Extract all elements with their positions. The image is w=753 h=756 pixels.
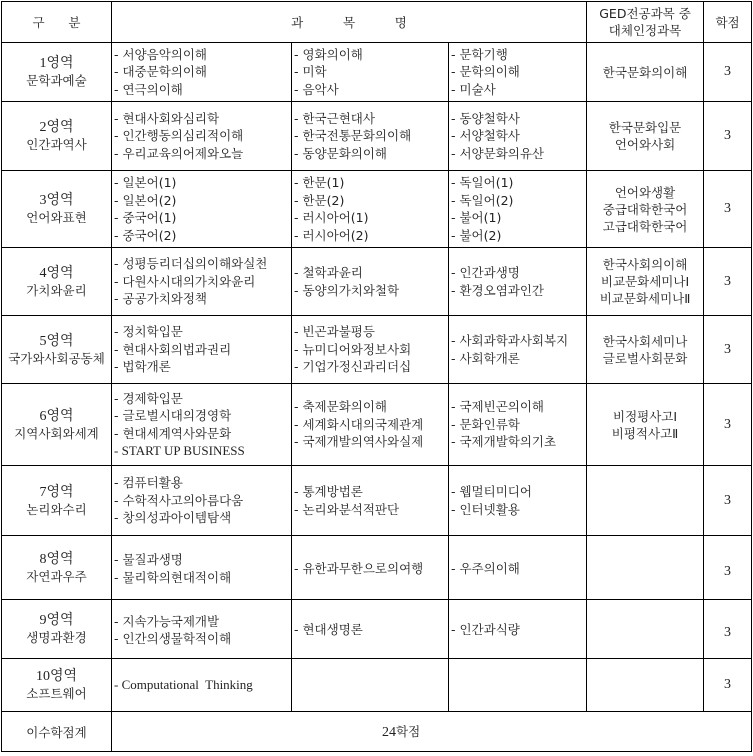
course-item: 컴퓨터활용 [114, 474, 291, 492]
course-cell: 경제학입문글로벌시대의경영학현대세계역사와문화START UP BUSINESS [112, 384, 292, 466]
course-list: Computational Thinking [112, 676, 291, 694]
course-item: 논리와분석적판단 [294, 501, 448, 519]
course-cell [292, 659, 449, 712]
course-item: 불어(1) [451, 209, 586, 227]
area-cell: 6영역지역사회와세계 [2, 384, 112, 466]
credit-cell: 3 [704, 384, 752, 466]
ged-cell: 비정평사고Ⅰ비평적사고Ⅱ [587, 384, 704, 466]
course-item: 중국어(1) [114, 209, 291, 227]
course-list: 성평등리더십의이해와실천다원사시대의가치와윤리공공가치와정책 [112, 255, 291, 308]
course-cell: 웹멀티미디어인터넷활용 [449, 466, 587, 536]
course-item: 일본어(1) [114, 174, 291, 192]
area-row: 3영역언어와표현일본어(1)일본어(2)중국어(1)중국어(2)한문(1)한문(… [2, 171, 752, 248]
course-cell: 일본어(1)일본어(2)중국어(1)중국어(2) [112, 171, 292, 248]
ged-course: 한국문화입문 [587, 119, 703, 136]
course-item: START UP BUSINESS [114, 442, 291, 460]
course-list: 한국근현대사한국전통문화의이해동양문화의이해 [292, 110, 448, 163]
course-item: 한국전통문화의이해 [294, 127, 448, 145]
course-list: 동양철학사서양철학사서양문화의유산 [449, 110, 586, 163]
course-cell: 현대생명론 [292, 600, 449, 659]
ged-course: 한국사회세미나 [587, 333, 703, 350]
ged-cell: 한국문화의이해 [587, 43, 704, 102]
area-number: 4영역 [2, 265, 111, 282]
course-item: 음악사 [294, 81, 448, 99]
course-item: 국제개발의역사와실제 [294, 433, 448, 451]
header-row: 구 분 과 목 명 GED전공과목 중 대체인정과목 학점 [2, 2, 752, 43]
credit-cell: 3 [704, 171, 752, 248]
course-list: 서양음악의이해대중문학의이해연극의이해 [112, 46, 291, 99]
ged-course: 비정평사고Ⅰ [587, 408, 703, 425]
total-credits-unit: 학점 [396, 724, 420, 739]
course-list: 인간과식량 [449, 619, 586, 639]
area-row: 7영역논리와수리컴퓨터활용수학적사고의아름다움창의성과아이템탐색통계방법론논리와… [2, 466, 752, 536]
course-list: 현대사회와심리학인간행동의심리적이해우리교육의어제와오늘 [112, 110, 291, 163]
course-item: 서양음악의이해 [114, 46, 291, 64]
total-row: 이수학점계24학점 [2, 712, 752, 752]
course-item: 국제빈곤의이해 [451, 398, 586, 416]
course-item: 문학기행 [451, 46, 586, 64]
area-name: 가치와윤리 [2, 282, 111, 299]
course-list: 물질과생명물리학의현대적이해 [112, 549, 291, 586]
course-list: 지속가능국제개발인간의생물학적이해 [112, 611, 291, 648]
course-item: 영화의이해 [294, 46, 448, 64]
course-list: 국제빈곤의이해문화인류학국제개발학의기초 [449, 398, 586, 451]
course-cell: 통계방법론논리와분석적판단 [292, 466, 449, 536]
course-cell: 빈곤과불평등뉴미디어와정보사회기업가정신과리더십 [292, 316, 449, 384]
ged-course: 고급대학한국어 [587, 218, 703, 235]
header-ged-line1: GED전공과목 중 [587, 5, 703, 22]
course-item: 글로벌시대의경영학 [114, 407, 291, 425]
course-list: 정치학입문현대사회의법과권리법학개론 [112, 323, 291, 376]
course-item: 한문(2) [294, 192, 448, 210]
course-cell: 성평등리더십의이해와실천다원사시대의가치와윤리공공가치와정책 [112, 248, 292, 316]
area-name: 생명과환경 [2, 629, 111, 646]
course-item: 문학의이해 [451, 63, 586, 81]
course-item: 인간과생명 [451, 264, 586, 282]
course-item: 기업가정신과리더십 [294, 358, 448, 376]
course-item: 성평등리더십의이해와실천 [114, 255, 291, 273]
course-item: 문화인류학 [451, 416, 586, 434]
course-item: 다원사시대의가치와윤리 [114, 273, 291, 291]
course-item: 독일어(2) [451, 192, 586, 210]
course-cell: 한문(1)한문(2)러시아어(1)러시아어(2) [292, 171, 449, 248]
credit-cell: 3 [704, 536, 752, 600]
course-cell [449, 659, 587, 712]
credit-cell: 3 [704, 600, 752, 659]
area-cell: 4영역가치와윤리 [2, 248, 112, 316]
ged-cell: 한국사회세미나글로벌사회문화 [587, 316, 704, 384]
credit-cell: 3 [704, 248, 752, 316]
ged-course: 비교문화세미나Ⅱ [587, 290, 703, 307]
course-cell: 정치학입문현대사회의법과권리법학개론 [112, 316, 292, 384]
area-name: 자연과우주 [2, 568, 111, 585]
course-list: 인간과생명환경오염과인간 [449, 264, 586, 299]
course-cell: 철학과윤리동양의가치와철학 [292, 248, 449, 316]
course-item: 미술사 [451, 81, 586, 99]
area-number: 6영역 [2, 408, 111, 425]
course-item: 축제문화의이해 [294, 398, 448, 416]
area-name: 논리와수리 [2, 501, 111, 518]
course-item: 인터넷활용 [451, 501, 586, 519]
course-list: 축제문화의이해세계화시대의국제관계국제개발의역사와실제 [292, 398, 448, 451]
curriculum-table: 구 분 과 목 명 GED전공과목 중 대체인정과목 학점 1영역문학과예술서양… [1, 1, 752, 752]
header-ged: GED전공과목 중 대체인정과목 [587, 2, 704, 43]
area-number: 5영역 [2, 333, 111, 350]
course-item: 사회학개론 [451, 350, 586, 368]
course-item: 사회과학과사회복지 [451, 332, 586, 350]
course-list: 경제학입문글로벌시대의경영학현대세계역사와문화START UP BUSINESS [112, 390, 291, 460]
area-cell: 8영역자연과우주 [2, 536, 112, 600]
course-item: 대중문학의이해 [114, 63, 291, 81]
course-item: 우리교육의어제와오늘 [114, 145, 291, 163]
credit-cell: 3 [704, 466, 752, 536]
area-name: 인간과역사 [2, 136, 111, 153]
area-number: 9영역 [2, 612, 111, 629]
course-item: 공공가치와정책 [114, 290, 291, 308]
ged-course: 언어와생활 [587, 184, 703, 201]
header-credits: 학점 [704, 2, 752, 43]
course-cell: 사회과학과사회복지사회학개론 [449, 316, 587, 384]
course-item: 지속가능국제개발 [114, 613, 291, 631]
course-cell: 인간과생명환경오염과인간 [449, 248, 587, 316]
course-item: 현대세계역사와문화 [114, 425, 291, 443]
course-cell: 서양음악의이해대중문학의이해연극의이해 [112, 43, 292, 102]
course-item: 세계화시대의국제관계 [294, 416, 448, 434]
area-cell: 5영역국가와사회공동체 [2, 316, 112, 384]
course-list: 영화의이해미학음악사 [292, 46, 448, 99]
course-cell: 지속가능국제개발인간의생물학적이해 [112, 600, 292, 659]
area-cell: 1영역문학과예술 [2, 43, 112, 102]
ged-cell [587, 659, 704, 712]
area-row: 10영역소프트웨어Computational Thinking3 [2, 659, 752, 712]
credit-cell: 3 [704, 659, 752, 712]
course-item: 한문(1) [294, 174, 448, 192]
area-number: 1영역 [2, 55, 111, 72]
course-item: 물질과생명 [114, 551, 291, 569]
credit-cell: 3 [704, 102, 752, 171]
course-item: 러시아어(1) [294, 209, 448, 227]
ged-course: 언어와사회 [587, 136, 703, 153]
course-cell: 컴퓨터활용수학적사고의아름다움창의성과아이템탐색 [112, 466, 292, 536]
course-item: 수학적사고의아름다움 [114, 492, 291, 510]
course-list: 일본어(1)일본어(2)중국어(1)중국어(2) [112, 174, 291, 244]
ged-cell: 한국문화입문언어와사회 [587, 102, 704, 171]
area-row: 4영역가치와윤리성평등리더십의이해와실천다원사시대의가치와윤리공공가치와정책철학… [2, 248, 752, 316]
ged-course: 글로벌사회문화 [587, 350, 703, 367]
course-item: 한국근현대사 [294, 110, 448, 128]
ged-course: 한국문화의이해 [587, 64, 703, 81]
area-row: 9영역생명과환경지속가능국제개발인간의생물학적이해현대생명론인간과식량3 [2, 600, 752, 659]
course-cell: 국제빈곤의이해문화인류학국제개발학의기초 [449, 384, 587, 466]
course-item: 현대사회와심리학 [114, 110, 291, 128]
course-list: 웹멀티미디어인터넷활용 [449, 483, 586, 518]
course-item: 현대사회의법과권리 [114, 341, 291, 359]
course-item: 연극의이해 [114, 81, 291, 99]
header-ged-line2: 대체인정과목 [587, 22, 703, 39]
course-item: 물리학의현대적이해 [114, 569, 291, 587]
course-item: 인간행동의심리적이해 [114, 127, 291, 145]
course-item: 유한과무한으로의여행 [294, 560, 448, 578]
area-cell: 9영역생명과환경 [2, 600, 112, 659]
course-cell: 우주의이해 [449, 536, 587, 600]
ged-course: 한국사회의이해 [587, 256, 703, 273]
course-cell: 독일어(1)독일어(2)불어(1)불어(2) [449, 171, 587, 248]
header-course-names: 과 목 명 [112, 2, 587, 43]
area-number: 2영역 [2, 119, 111, 136]
course-item: 서양문화의유산 [451, 145, 586, 163]
course-item: 정치학입문 [114, 323, 291, 341]
ged-cell [587, 466, 704, 536]
area-row: 8영역자연과우주물질과생명물리학의현대적이해유한과무한으로의여행우주의이해3 [2, 536, 752, 600]
area-cell: 7영역논리와수리 [2, 466, 112, 536]
course-item: 인간의생물학적이해 [114, 630, 291, 648]
course-list: 한문(1)한문(2)러시아어(1)러시아어(2) [292, 174, 448, 244]
course-item: 서양철학사 [451, 127, 586, 145]
course-cell: 한국근현대사한국전통문화의이해동양문화의이해 [292, 102, 449, 171]
course-item: 철학과윤리 [294, 264, 448, 282]
course-list: 유한과무한으로의여행 [292, 558, 448, 578]
course-item: 동양문화의이해 [294, 145, 448, 163]
course-item: 뉴미디어와정보사회 [294, 341, 448, 359]
course-item: Computational Thinking [114, 676, 291, 694]
course-cell: 축제문화의이해세계화시대의국제관계국제개발의역사와실제 [292, 384, 449, 466]
course-item: 법학개론 [114, 358, 291, 376]
credit-cell: 3 [704, 43, 752, 102]
area-number: 10영역 [2, 668, 111, 685]
course-list: 우주의이해 [449, 558, 586, 578]
course-item: 독일어(1) [451, 174, 586, 192]
total-credits: 24학점 [112, 712, 752, 752]
ged-cell: 한국사회의이해비교문화세미나Ⅰ비교문화세미나Ⅱ [587, 248, 704, 316]
course-cell: 물질과생명물리학의현대적이해 [112, 536, 292, 600]
ged-course: 중급대학한국어 [587, 201, 703, 218]
area-number: 8영역 [2, 551, 111, 568]
course-cell: 문학기행문학의이해미술사 [449, 43, 587, 102]
ged-cell [587, 600, 704, 659]
course-item: 국제개발학의기초 [451, 433, 586, 451]
course-item: 경제학입문 [114, 390, 291, 408]
course-cell: 유한과무한으로의여행 [292, 536, 449, 600]
area-number: 3영역 [2, 192, 111, 209]
area-name: 지역사회와세계 [2, 425, 111, 442]
course-list: 컴퓨터활용수학적사고의아름다움창의성과아이템탐색 [112, 474, 291, 527]
area-name: 국가와사회공동체 [2, 350, 111, 367]
course-item: 현대생명론 [294, 621, 448, 639]
area-row: 5영역국가와사회공동체정치학입문현대사회의법과권리법학개론빈곤과불평등뉴미디어와… [2, 316, 752, 384]
course-item: 미학 [294, 63, 448, 81]
course-item: 인간과식량 [451, 621, 586, 639]
course-item: 중국어(2) [114, 227, 291, 245]
course-list: 현대생명론 [292, 619, 448, 639]
course-item: 웹멀티미디어 [451, 483, 586, 501]
course-item: 불어(2) [451, 227, 586, 245]
course-list: 빈곤과불평등뉴미디어와정보사회기업가정신과리더십 [292, 323, 448, 376]
area-cell: 2영역인간과역사 [2, 102, 112, 171]
course-item: 우주의이해 [451, 560, 586, 578]
course-item: 통계방법론 [294, 483, 448, 501]
course-cell: 동양철학사서양철학사서양문화의유산 [449, 102, 587, 171]
area-row: 6영역지역사회와세계경제학입문글로벌시대의경영학현대세계역사와문화START U… [2, 384, 752, 466]
ged-cell [587, 536, 704, 600]
header-category: 구 분 [2, 2, 112, 43]
area-row: 1영역문학과예술서양음악의이해대중문학의이해연극의이해영화의이해미학음악사문학기… [2, 43, 752, 102]
ged-cell: 언어와생활중급대학한국어고급대학한국어 [587, 171, 704, 248]
course-item: 동양철학사 [451, 110, 586, 128]
course-list: 통계방법론논리와분석적판단 [292, 483, 448, 518]
area-name: 문학과예술 [2, 72, 111, 89]
area-cell: 3영역언어와표현 [2, 171, 112, 248]
course-item: 환경오염과인간 [451, 282, 586, 300]
course-list: 독일어(1)독일어(2)불어(1)불어(2) [449, 174, 586, 244]
course-cell: 현대사회와심리학인간행동의심리적이해우리교육의어제와오늘 [112, 102, 292, 171]
area-number: 7영역 [2, 484, 111, 501]
ged-course: 비평적사고Ⅱ [587, 425, 703, 442]
course-item: 동양의가치와철학 [294, 282, 448, 300]
area-name: 소프트웨어 [2, 685, 111, 702]
course-list: 철학과윤리동양의가치와철학 [292, 264, 448, 299]
total-credits-number: 24 [382, 725, 396, 740]
credit-cell: 3 [704, 316, 752, 384]
area-row: 2영역인간과역사현대사회와심리학인간행동의심리적이해우리교육의어제와오늘한국근현… [2, 102, 752, 171]
course-item: 창의성과아이템탐색 [114, 509, 291, 527]
course-item: 빈곤과불평등 [294, 323, 448, 341]
area-name: 언어와표현 [2, 209, 111, 226]
course-cell: Computational Thinking [112, 659, 292, 712]
total-label: 이수학점계 [2, 712, 112, 752]
area-cell: 10영역소프트웨어 [2, 659, 112, 712]
course-item: 러시아어(2) [294, 227, 448, 245]
ged-course: 비교문화세미나Ⅰ [587, 273, 703, 290]
course-list: 사회과학과사회복지사회학개론 [449, 332, 586, 367]
course-cell: 영화의이해미학음악사 [292, 43, 449, 102]
course-list: 문학기행문학의이해미술사 [449, 46, 586, 99]
course-cell: 인간과식량 [449, 600, 587, 659]
course-item: 일본어(2) [114, 192, 291, 210]
